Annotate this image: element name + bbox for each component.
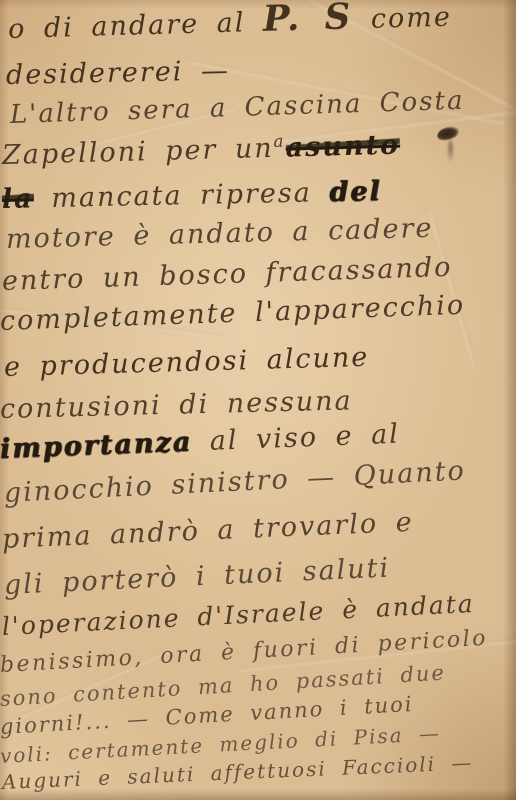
line-text: contusioni di nessuna [0, 385, 353, 425]
line-text: L'altro sera a Cascina Costa [10, 86, 465, 130]
line-text: completamente l'apparecchio [0, 290, 466, 337]
letter-line-2: desidererei — [6, 57, 231, 90]
crossed-out-word: asunto [285, 130, 400, 164]
line-text: mancata ripresa [33, 177, 329, 214]
line-text-emphasis: P. S [262, 0, 354, 40]
letter-line-8: completamente l'apparecchio [0, 292, 466, 337]
line-text: gli porterò i tuoi saluti [3, 552, 391, 601]
letter-line-14: gli porterò i tuoi saluti [3, 554, 390, 600]
letter-page: o di andare al P. S come desidererei — L… [0, 0, 516, 800]
letter-line-5: la mancata ripresa del [2, 178, 382, 214]
letter-line-6: motore è andato a cadere [6, 215, 434, 255]
letter-line-7: entro un bosco fracassando [2, 254, 453, 296]
letter-line-9: e producendosi alcune [4, 344, 370, 383]
superscript-letter: a [273, 131, 286, 151]
letter-line-4: Zapelloni per unaasunto [2, 130, 401, 171]
letter-line-13: prima andrò a trovarlo e [1, 509, 414, 555]
line-text: come [353, 2, 452, 36]
letter-line-12: ginocchio sinistro — Quanto [3, 457, 466, 508]
line-text: o di andare al [8, 7, 264, 45]
ink-smear [447, 140, 454, 162]
ink-blot [436, 125, 460, 142]
letter-line-10: contusioni di nessuna [0, 387, 353, 424]
letter-line-3: L'altro sera a Cascina Costa [10, 88, 465, 130]
line-text: al viso e al [192, 419, 401, 458]
crossed-out-word: la [2, 183, 34, 215]
line-text: e producendosi alcune [4, 342, 370, 383]
line-text: Zapelloni per un [2, 133, 275, 171]
line-text: prima andrò a trovarlo e [1, 507, 414, 555]
letter-line-11: importanza al viso e al [0, 421, 400, 465]
line-text: entro un bosco fracassando [1, 252, 452, 297]
line-text: ginocchio sinistro — Quanto [3, 455, 466, 509]
letter-line-1: o di andare al P. S come [7, 0, 452, 45]
overwritten-word: del [329, 176, 382, 208]
line-text: desidererei — [6, 55, 231, 91]
paper-edge-shadow-right [503, 0, 516, 800]
line-text: motore è andato a cadere [6, 213, 434, 255]
overwritten-word: importanza [0, 427, 193, 465]
